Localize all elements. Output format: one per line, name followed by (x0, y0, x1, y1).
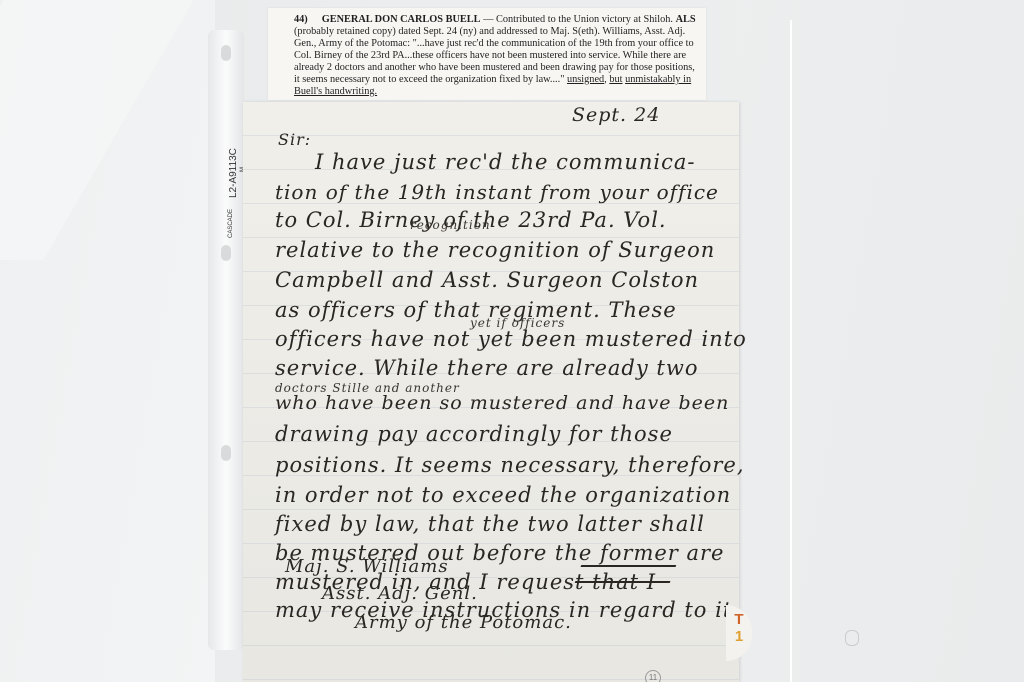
addressee-army: Army of the Potomac. (355, 612, 572, 633)
addressee-title: Asst. Adj. Genl. (322, 583, 478, 604)
letter-date: Sept. 24 (572, 104, 660, 126)
binder-hole (221, 445, 231, 461)
letter-line: who have been so mustered and have been (275, 392, 729, 414)
letter-line: I have just rec'd the communica- (315, 150, 695, 174)
lot-number: 44) (294, 14, 308, 25)
letter-line: drawing pay accordingly for those (275, 422, 673, 446)
letter-line: fixed by law, that the two latter shall (275, 512, 705, 536)
background-fold (0, 0, 217, 260)
catalog-description-card: 44)GENERAL DON CARLOS BUELL — Contribute… (268, 8, 706, 100)
als-label: ALS (676, 14, 696, 25)
lot-title: GENERAL DON CARLOS BUELL (322, 14, 481, 25)
binder-strip (208, 30, 244, 650)
catalog-description: 44)GENERAL DON CARLOS BUELL — Contribute… (294, 14, 700, 98)
unsigned-note: unsigned (567, 74, 604, 85)
lot-title-suffix: — Contributed to the Union victory at Sh… (481, 14, 673, 25)
sleeve-hole (845, 630, 859, 646)
signature-flourish (575, 565, 677, 583)
letter-line: relative to the recognition of Surgeon (275, 238, 715, 262)
letter-salutation: Sir: (278, 130, 311, 149)
letter-line: service. While there are already two (275, 356, 698, 380)
page-number: 11 (645, 670, 661, 682)
letter-line: in order not to exceed the organization (275, 483, 731, 507)
letter-line: officers have not yet been mustered into (275, 327, 747, 351)
strip-brand: CASCADE (228, 209, 234, 238)
sticker-line2: 1 (726, 628, 752, 645)
binder-hole (221, 45, 231, 61)
letter-line: positions. It seems necessary, therefore… (275, 453, 745, 477)
letter-line: tion of the 19th instant from your offic… (275, 180, 719, 204)
addressee-name: Maj. S. Williams (285, 556, 449, 577)
letter-line: Campbell and Asst. Surgeon Colston (275, 268, 699, 292)
interlinear-note: recognition (410, 218, 491, 232)
but-word: but (609, 74, 622, 85)
sleeve-edge (790, 20, 792, 682)
strip-code: L2-A9113C (228, 148, 239, 198)
binder-hole (221, 245, 231, 261)
